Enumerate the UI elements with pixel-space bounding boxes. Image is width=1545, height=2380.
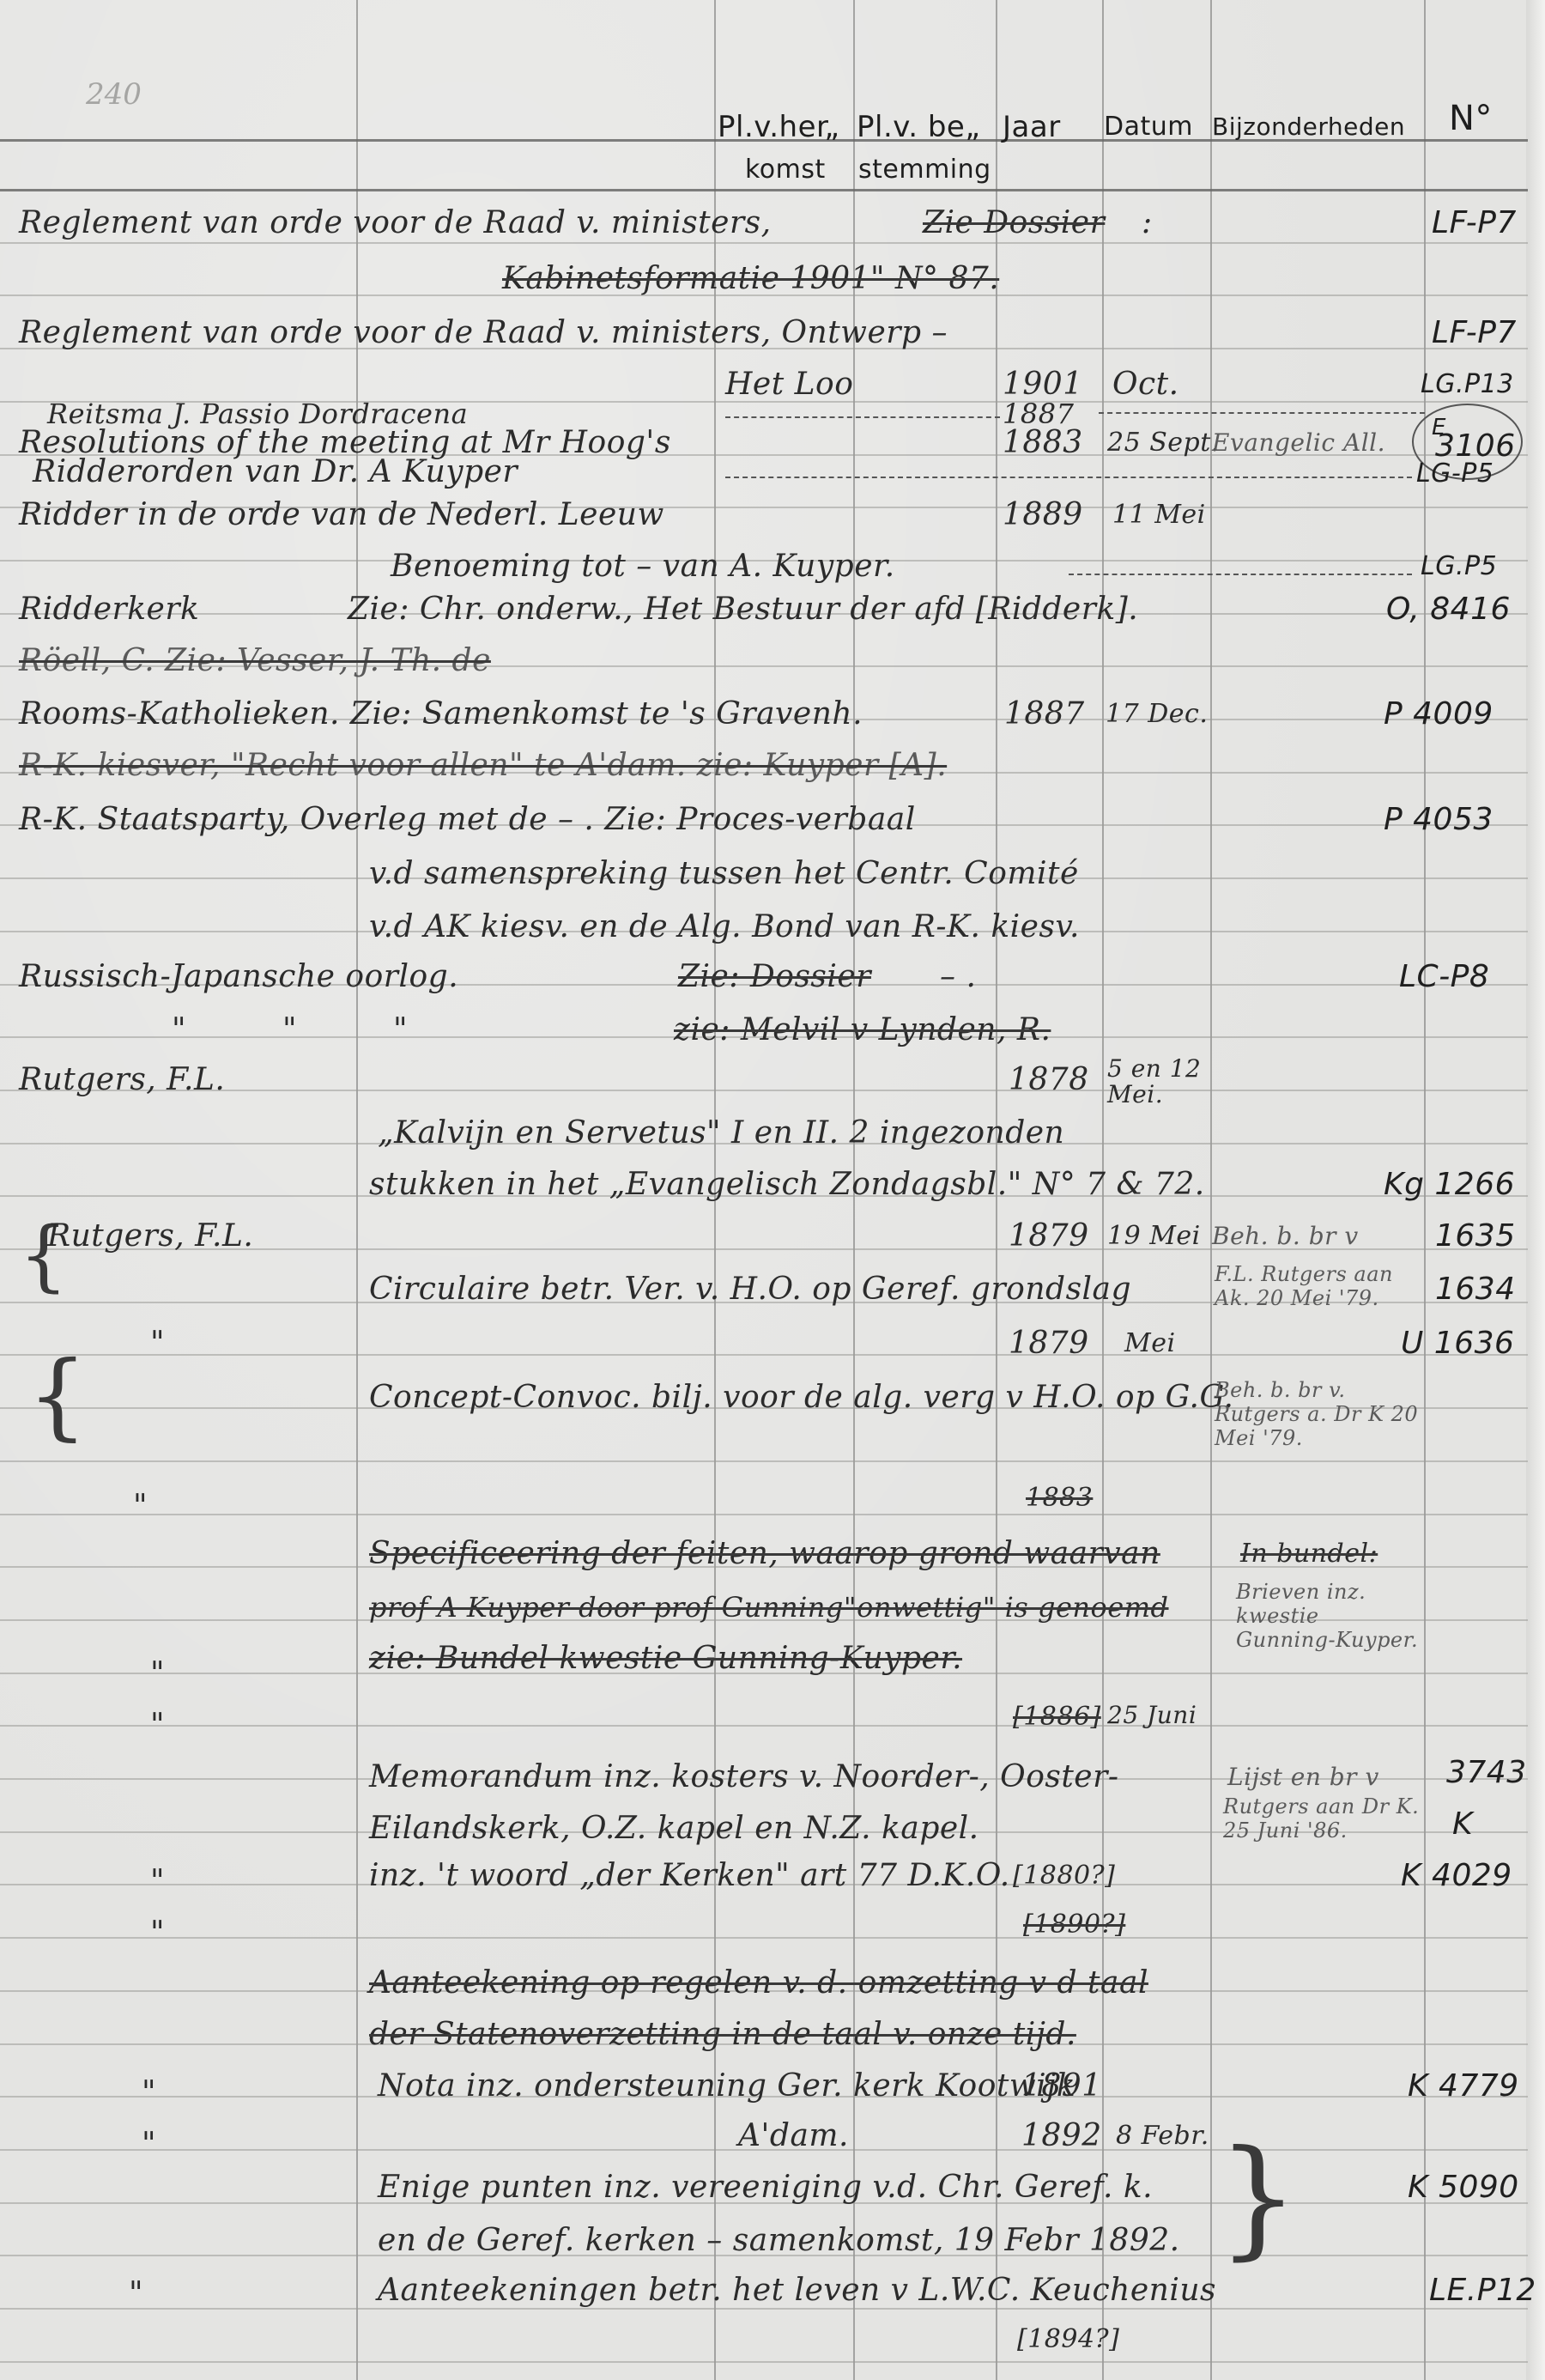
entry-date: 5 en 12 Mei. [1107,1056,1210,1108]
entry-number: 1634 [1435,1272,1516,1307]
entry-date: 25 Sept. [1107,426,1220,460]
entry-continuation: inz. 't woord „der Kerken" art 77 D.K.O. [369,1859,1010,1893]
ruled-line [0,242,1528,244]
entry-continuation: stukken in het „Evangelisch Zondagsbl." … [369,1168,1205,1202]
ruled-line [0,1460,1528,1462]
leader-dashes [725,416,1000,418]
entry-continuation-struck: Specificeering der feiten, waarop grond … [369,1537,1160,1571]
entry-continuation: Circulaire betr. Ver. v. H.O. op Geref. … [369,1272,1131,1307]
entry-year-struck: [1890?] [1023,1908,1125,1942]
entry-year: [1894?] [1017,2322,1119,2357]
entry-subject: Rutgers, F.L. [19,1063,225,1097]
entry-number: 3743 [1446,1756,1527,1790]
entry-year: 1892 [1021,2119,1102,2153]
entry-place: A'dam. [738,2119,849,2153]
entry-number: O, 8416 [1386,592,1511,627]
entry-ditto: " [150,1657,165,1691]
entry-ditto: " [150,1865,165,1899]
entry-continuation: „Kalvijn en Servetus" I en II. 2 ingezon… [378,1116,1064,1151]
entry-continuation-struck: prof A Kuyper door prof Gunning"onwettig… [369,1590,1169,1624]
entry-number: LG-P5 [1416,457,1493,491]
entry-year: 1887 [1004,697,1085,732]
ruled-line [0,1090,1528,1091]
entry-details: F.L. Rutgers aan Ak. 20 Mei '79. [1215,1262,1421,1310]
entry-number: LG.P13 [1421,367,1514,402]
entry-number: Kg 1266 [1384,1168,1515,1202]
entry-subject-struck: R-K. kiesver, "Recht voor allen" te A'da… [19,749,947,783]
ruled-line [0,1937,1528,1939]
entry-year: 1883 [1003,426,1083,460]
entry-year-struck: [1886] [1013,1700,1101,1734]
entry-details: Beh. b. br v [1212,1219,1359,1254]
leader-dashes [725,477,1412,478]
entry-date: Oct. [1112,367,1179,402]
entry-number: K 5090 [1408,2171,1519,2205]
entry-place: Het Loo [725,367,853,402]
entry-subject: Rooms-Katholieken. Zie: Samenkomst te 's… [19,697,863,732]
header-bijzonderheden: Bijzonderheden [1212,110,1405,144]
header-datum: Datum [1104,110,1193,144]
entry-continuation: Concept-Convoc. bilj. voor de alg. verg … [369,1381,1233,1415]
entry-tail: – . [940,960,976,994]
entry-year: [1880?] [1013,1859,1115,1893]
entry-number: LF-P7 [1432,316,1517,350]
brace-icon: } [1217,2134,1299,2262]
entry-see: Zie: Chr. onderw., Het Bestuur der afd [… [348,592,1138,627]
entry-continuation: Aanteekeningen betr. het leven v L.W.C. … [378,2274,1216,2308]
entry-ditto: " [129,2277,143,2311]
entry-details-struck: In bundel: [1240,1537,1378,1571]
entry-subject: Ridder in de orde van de Nederl. Leeuw [19,498,664,532]
entry-continuation: v.d AK kiesv. en de Alg. Bond van R-K. k… [369,910,1080,944]
ruled-line [0,2361,1528,2363]
brace-icon: { [27,1348,88,1442]
entry-year-struck: 1883 [1026,1481,1093,1515]
entry-subject: Ridderkerk [19,592,199,627]
header-bestemming: Pl.v. be„ [857,110,980,144]
entry-ditto: " [142,2076,156,2110]
header-nummer: N° [1449,101,1493,136]
entry-details: Lijst en br v [1227,1760,1379,1794]
column-rule [356,0,358,2380]
entry-continuation: Nota inz. ondersteuning Ger. kerk Kootwi… [378,2069,1075,2104]
entry-date: 11 Mei [1112,498,1206,532]
entry-continuation: v.d samenspreking tussen het Centr. Comi… [369,857,1079,891]
entry-details: Brieven inz. kwestie Gunning-Kuyper. [1236,1580,1425,1652]
column-rule [1210,0,1212,2380]
entry-number: LG.P5 [1421,549,1497,584]
entry-subject: R-K. Staatsparty, Overleg met de – . Zie… [19,803,916,837]
entry-number: LC-P8 [1399,960,1489,994]
entry-ditto: " [133,1490,148,1524]
entry-continuation-struck: der Statenoverzetting in de taal v. onze… [369,2018,1076,2052]
entry-number: P 4009 [1384,697,1493,732]
entry-continuation: en de Geref. kerken – samenkomst, 19 Feb… [378,2224,1180,2258]
entry-continuation: Memorandum inz. kosters v. Noorder-, Oos… [369,1760,1118,1794]
entry-struck: Zie: Dossier [678,960,871,994]
entry-number: U 1636 [1401,1327,1514,1361]
entry-number: LF-P7 [1432,206,1517,240]
leader-dashes [1099,412,1425,414]
entry-ditto: " [150,1709,165,1743]
header-herkomst: Pl.v.her„ [718,110,839,144]
entry-struck: Zie Dossier [923,206,1105,240]
header-jaar: Jaar [1003,110,1061,144]
entry-tail: : [1142,206,1153,240]
ruled-line [0,189,1528,191]
entry-continuation: Benoeming tot – van A. Kuyper. [391,549,895,584]
entry-number: K [1452,1807,1473,1842]
entry-continuation: Kabinetsformatie 1901" N° 87. [502,262,999,296]
entry-continuation: Eilandskerk, O.Z. kapel en N.Z. kapel. [369,1812,979,1846]
entry-date: 8 Febr. [1116,2119,1209,2153]
ruled-line [0,1354,1528,1356]
ruled-line [0,1725,1528,1727]
entry-details: Rutgers aan Dr K. 25 Juni '86. [1223,1794,1421,1843]
entry-continuation-struck: zie: Bundel kwestie Gunning-Kuyper. [369,1642,962,1676]
entry-struck: zie: Melvil v Lynden, R. [674,1013,1051,1047]
ruled-line [0,1514,1528,1515]
entry-subject: Rutgers, F.L. [47,1219,253,1254]
entry-subject: Reglement van orde voor de Raad v. minis… [19,316,948,350]
header-bestemming-2: stemming [858,153,991,187]
entry-subject: Ridderorden van Dr. A Kuyper [33,455,518,489]
entry-number: P 4053 [1384,803,1493,837]
entry-year: 1879 [1009,1219,1089,1254]
entry-ditto: " [142,2128,156,2162]
entry-ditto: " [150,1916,165,1951]
leader-dashes [1069,574,1412,575]
entry-subject: Russisch-Japansche oorlog. [19,960,458,994]
entry-year: 1879 [1009,1327,1089,1361]
entry-date: 17 Dec. [1106,697,1208,732]
entry-subject-struck: Röell, C. Zie: Vesser, J. Th. de [19,644,491,678]
entry-number: LE.P12 [1429,2274,1536,2308]
entry-year: 1891 [1021,2069,1102,2104]
entry-number: 1635 [1435,1219,1516,1254]
header-herkomst-2: komst [745,153,826,187]
entry-number: K 4029 [1401,1859,1512,1893]
entry-year: 1878 [1009,1063,1089,1097]
entry-ditto: " " " [172,1013,408,1047]
page-number: 240 [86,77,142,112]
entry-year: 1889 [1003,498,1083,532]
entry-subject: Reglement van orde voor de Raad v. minis… [19,206,772,240]
entry-details: Evangelic All. [1212,426,1385,460]
entry-details: Beh. b. br v. Rutgers a. Dr K 20 Mei '79… [1215,1378,1421,1450]
page-edge [1526,0,1545,2380]
entry-number: K 4779 [1408,2069,1519,2104]
entry-continuation: Enige punten inz. vereeniging v.d. Chr. … [378,2171,1153,2205]
entry-date: Mei [1124,1327,1176,1361]
ruled-line [0,2308,1528,2310]
entry-continuation-struck: Aanteekening op regelen v. d. omzetting … [369,1966,1148,2001]
entry-ditto: " [150,1327,165,1361]
entry-date: 25 Juni [1107,1698,1197,1733]
entry-date: 19 Mei [1107,1219,1201,1254]
